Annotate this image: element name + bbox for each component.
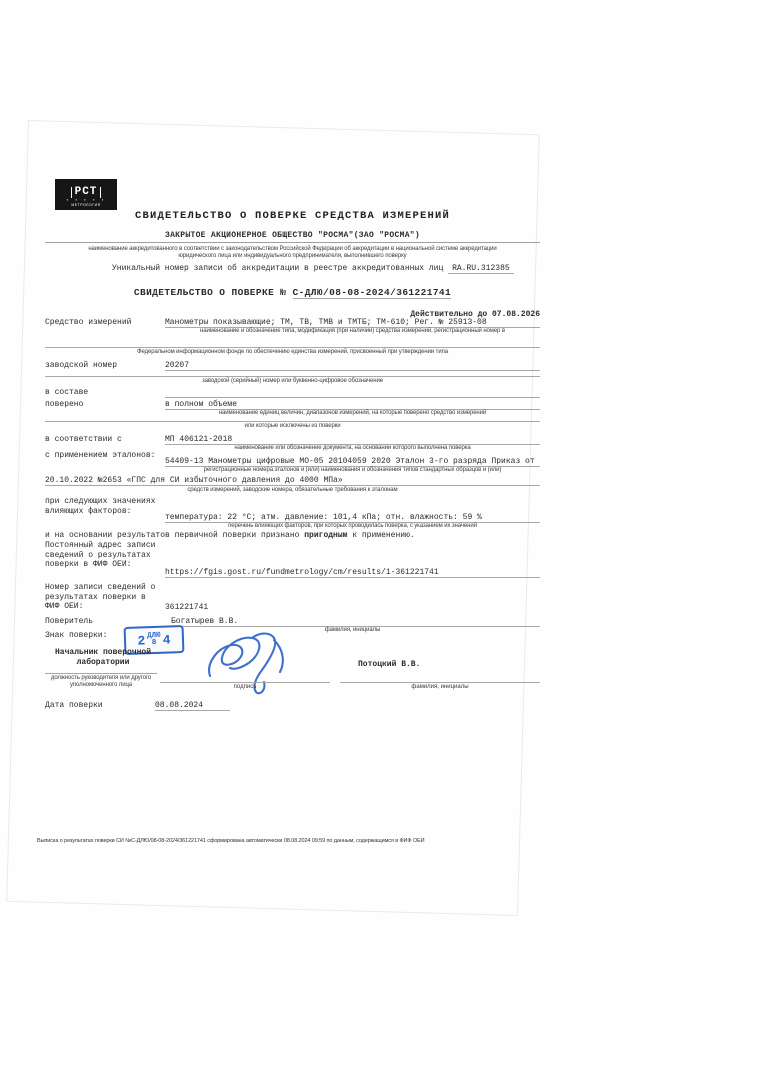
standards-label: с применением эталонов: [45, 451, 159, 461]
fif-number-value: 361221741 [165, 603, 540, 612]
rst-metrology-logo-icon: РСТ ▪ ▪ ▪ ▪ ▪ МЕТРОЛОГИЯ [55, 179, 117, 210]
rule [45, 347, 540, 348]
accreditation-label: Уникальный номер записи об аккредитации … [112, 264, 443, 273]
serial-value: 20207 [165, 361, 540, 371]
standards-value-1: 54409-13 Манометры цифровые МО-05 201040… [165, 457, 540, 467]
factors-caption: перечень влияющих факторов, при которых … [165, 523, 540, 530]
certificate-number-line: СВИДЕТЕЛЬСТВО О ПОВЕРКЕ № С-ДЛЮ/08-08-20… [45, 287, 540, 298]
procedure-value: МП 406121-2018 [165, 435, 540, 445]
accreditation-number: RA.RU.312385 [448, 264, 514, 274]
stamp-right-digit: 4 [163, 633, 171, 646]
conclusion-result: пригодным [304, 531, 347, 540]
org-name-caption: наименование аккредитованного в соответс… [70, 246, 515, 260]
instrument-caption-2: Федеральном информационном фонде по обес… [45, 349, 540, 356]
verified-caption-2: или которые исключены из поверки [45, 423, 540, 430]
instrument-value: Манометры показывающие; ТМ, ТВ, ТМВ и ТМ… [165, 318, 540, 328]
rule [45, 376, 540, 377]
factors-label: при следующих значениях влияющих факторо… [45, 497, 159, 516]
procedure-caption: наименование или обозначение документа, … [165, 445, 540, 452]
certificate-label: СВИДЕТЕЛЬСТВО О ПОВЕРКЕ № [134, 287, 293, 298]
date-label: Дата поверки [45, 701, 103, 711]
verified-value: в полном объеме [165, 400, 540, 410]
conclusion-pre: и на основании результатов первичной пов… [45, 531, 304, 540]
standards-caption-1: регистрационные номера эталонов и (или) … [165, 467, 540, 474]
rule [340, 682, 540, 683]
rst-logo-text: РСТ [71, 187, 102, 198]
scanned-certificate-page: РСТ ▪ ▪ ▪ ▪ ▪ МЕТРОЛОГИЯ СВИДЕТЕЛЬСТВО О… [0, 0, 768, 1086]
serial-label: заводской номер [45, 361, 159, 371]
conclusion-post: к применению. [347, 531, 414, 540]
approver-name-caption: фамилия, инициалы [340, 684, 540, 690]
approver-name: Потоцкий В.В. [358, 660, 420, 669]
approver-position: Начальник поверочной лаборатории [48, 648, 158, 667]
verifier-label: Поверитель [45, 617, 159, 627]
stamp-month: 8 [152, 640, 157, 647]
factors-value: температура: 22 °С; атм. давление: 101,4… [165, 513, 540, 523]
rst-logo-subtext: МЕТРОЛОГИЯ [57, 204, 115, 208]
date-value: 08.08.2024 [155, 701, 230, 711]
composition-label: в составе [45, 388, 159, 398]
footer-note: Выписка о результатах поверки СИ №С-ДЛЮ/… [37, 838, 487, 844]
fif-number-label: Номер записи сведений о результатах пове… [45, 583, 159, 612]
document-title: СВИДЕТЕЛЬСТВО О ПОВЕРКЕ СРЕДСТВА ИЗМЕРЕН… [45, 210, 540, 222]
certificate-number: С-ДЛЮ/08-08-2024/361221741 [293, 287, 452, 299]
standards-value-2: 20.10.2022 №2653 «ГПС для СИ избыточного… [45, 476, 540, 486]
signature-caption: подпись [160, 684, 330, 690]
org-name: ЗАКРЫТОЕ АКЦИОНЕРНОЕ ОБЩЕСТВО "РОСМА"(ЗА… [45, 231, 540, 243]
procedure-label: в соответствии с [45, 435, 159, 445]
composition-blank-line [165, 388, 540, 398]
rule [45, 421, 540, 422]
accreditation-line: Уникальный номер записи об аккредитации … [112, 264, 542, 273]
conclusion-line: и на основании результатов первичной пов… [45, 531, 540, 540]
standards-caption-2: средств измерений, заводские номера, обя… [45, 487, 540, 494]
verified-label: поверено [45, 400, 159, 410]
instrument-caption-1: наименование и обозначение типа, модифик… [165, 328, 540, 335]
stamp-left-digit: 2 [137, 634, 145, 647]
fif-url-label: Постоянный адрес записи сведений о резул… [45, 541, 159, 570]
signature-line [160, 682, 330, 683]
mark-label: Знак поверки: [45, 631, 107, 641]
field-instrument: Средство измерений Манометры показывающи… [45, 318, 540, 346]
approver-position-caption: должность руководителя или другого уполн… [45, 675, 157, 689]
serial-caption: заводской (серийный) номер или буквенно-… [45, 378, 540, 385]
verifier-name: Богатырев В.В. [165, 617, 540, 627]
instrument-label: Средство измерений [45, 318, 159, 328]
verified-caption-1: наименование единиц величин, диапазонов … [165, 410, 540, 417]
fif-url-value: https://fgis.gost.ru/fundmetrology/cm/re… [165, 568, 540, 578]
rule [45, 673, 157, 674]
